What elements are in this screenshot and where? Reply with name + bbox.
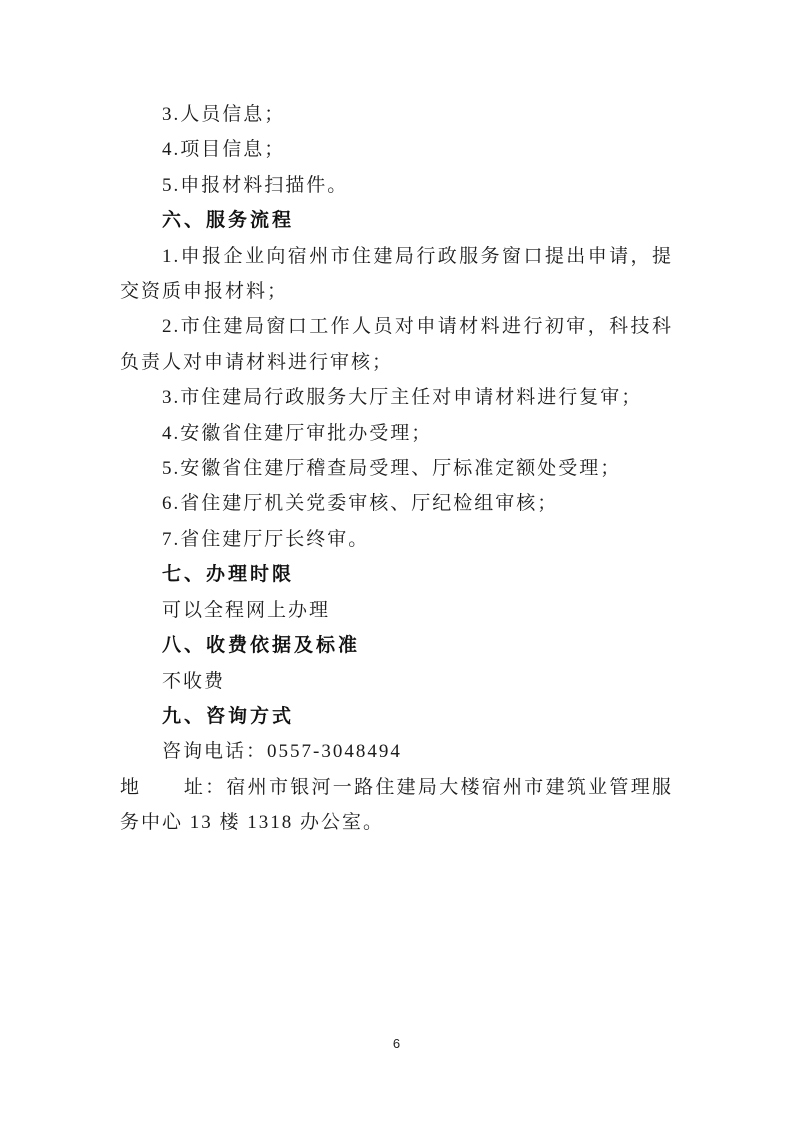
list-item: 5.申报材料扫描件。 xyxy=(120,168,673,203)
section-heading: 九、咨询方式 xyxy=(120,699,673,734)
section-heading: 六、服务流程 xyxy=(120,203,673,238)
document-page: 3.人员信息； 4.项目信息； 5.申报材料扫描件。 六、服务流程 1.申报企业… xyxy=(0,0,793,1122)
paragraph-line: 不收费 xyxy=(120,664,673,699)
list-item: 3.市住建局行政服务大厅主任对申请材料进行复审； xyxy=(120,380,673,415)
paragraph-line: 负责人对申请材料进行审核； xyxy=(120,345,673,380)
contact-address-line: 务中心 13 楼 1318 办公室。 xyxy=(120,805,673,840)
list-item: 5.安徽省住建厅稽查局受理、厅标准定额处受理； xyxy=(120,451,673,486)
list-item: 6.省住建厅机关党委审核、厅纪检组审核； xyxy=(120,486,673,521)
paragraph-line: 2.市住建局窗口工作人员对申请材料进行初审，科技科 xyxy=(120,309,673,344)
section-heading: 八、收费依据及标准 xyxy=(120,628,673,663)
contact-phone-line: 咨询电话：0557-3048494 xyxy=(120,734,673,769)
paragraph-line: 1.申报企业向宿州市住建局行政服务窗口提出申请，提 xyxy=(120,239,673,274)
document-body: 3.人员信息； 4.项目信息； 5.申报材料扫描件。 六、服务流程 1.申报企业… xyxy=(120,97,673,841)
section-heading: 七、办理时限 xyxy=(120,557,673,592)
list-item: 4.安徽省住建厅审批办受理； xyxy=(120,416,673,451)
list-item: 4.项目信息； xyxy=(120,132,673,167)
paragraph-line: 交资质申报材料； xyxy=(120,274,673,309)
paragraph-line: 可以全程网上办理 xyxy=(120,593,673,628)
list-item: 7.省住建厅厅长终审。 xyxy=(120,522,673,557)
page-number: 6 xyxy=(0,1036,793,1051)
list-item: 3.人员信息； xyxy=(120,97,673,132)
contact-address-line: 地 址：宿州市银河一路住建局大楼宿州市建筑业管理服 xyxy=(120,770,673,805)
